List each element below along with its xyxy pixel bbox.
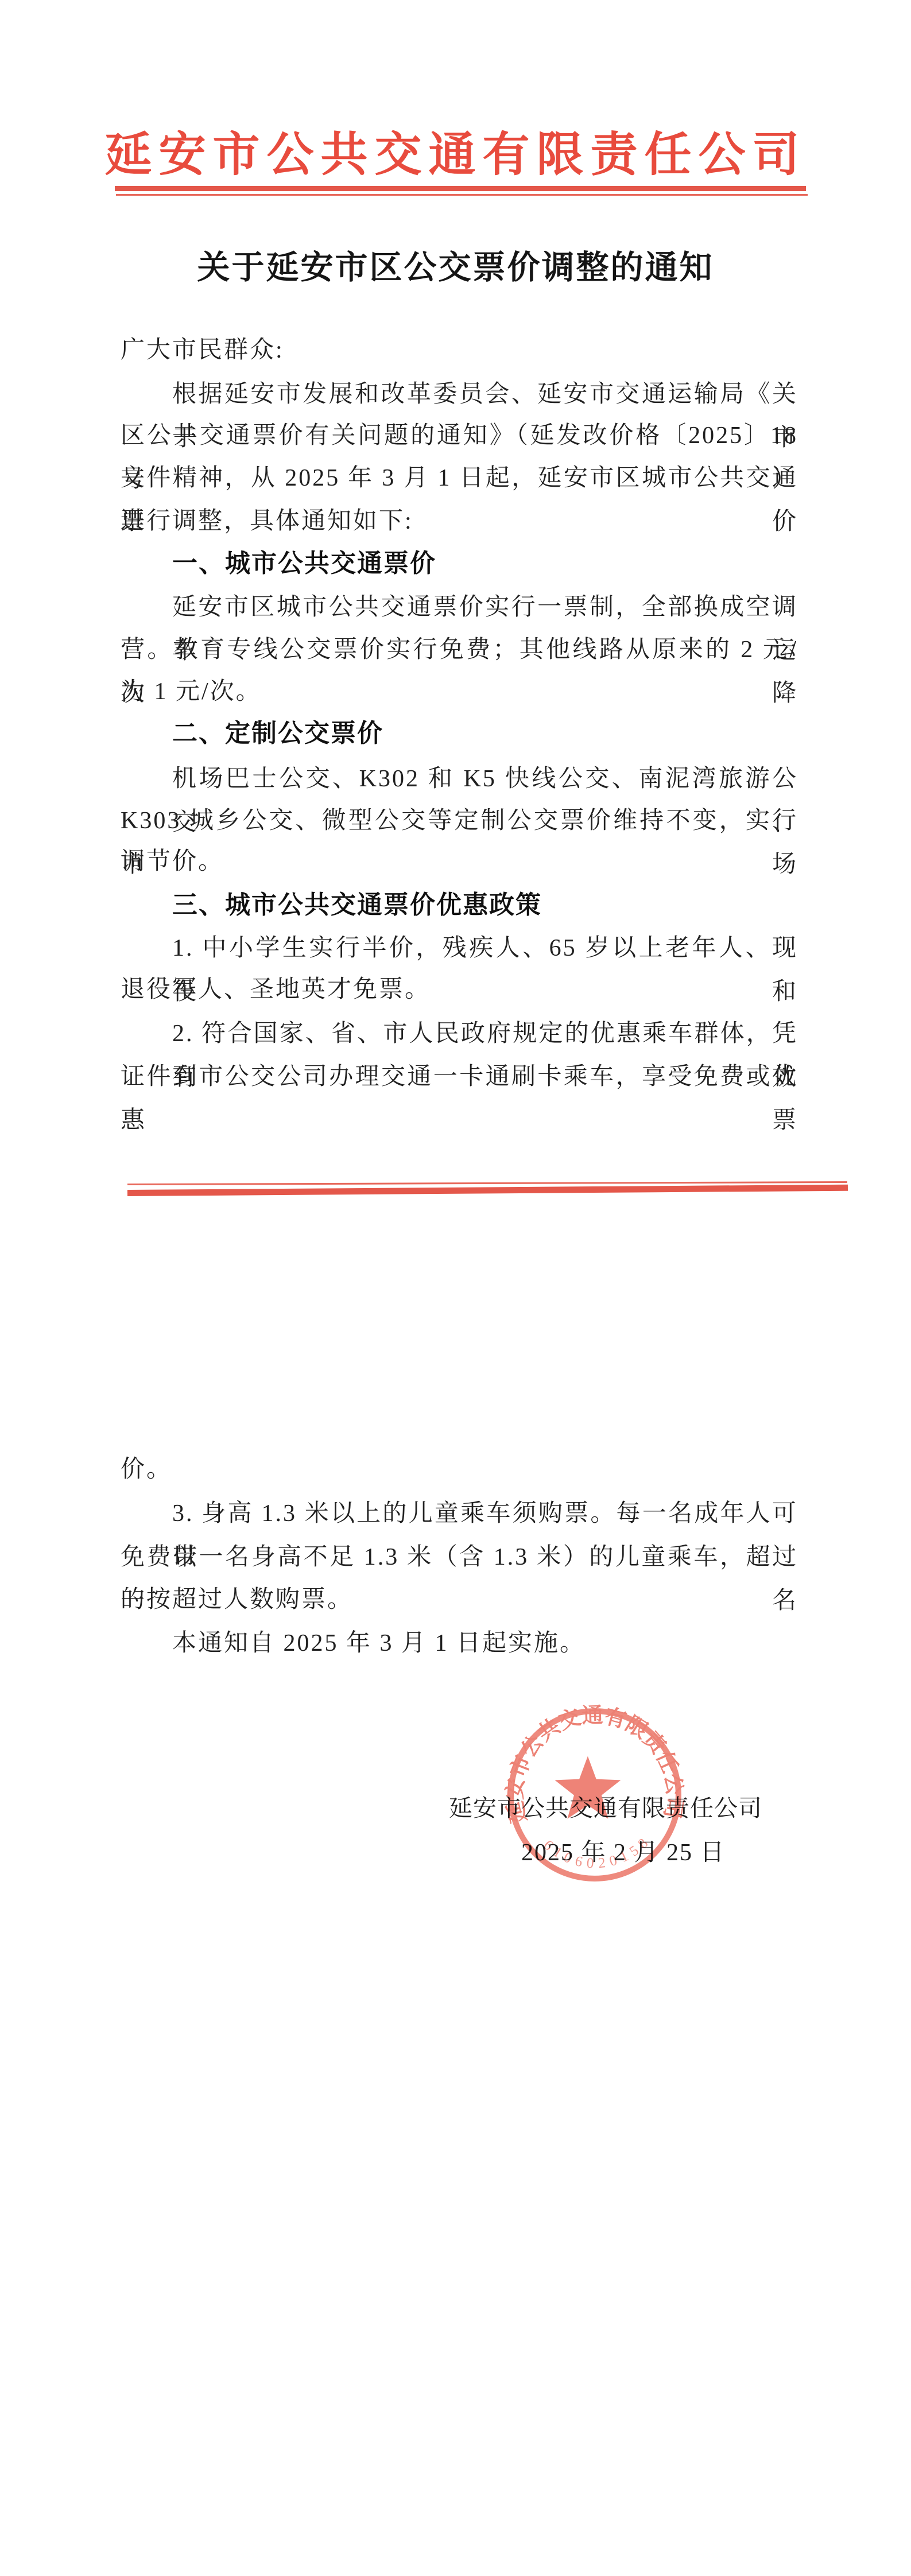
stamp-star-icon	[555, 1756, 621, 1819]
letterhead-rule-thin	[116, 194, 808, 196]
body-line: 证件到市公交公司办理交通一卡通刷卡乘车，享受免费或优惠票	[121, 1055, 798, 1099]
body-line: 2. 符合国家、省、市人民政府规定的优惠乘车群体，凭有效	[121, 1012, 798, 1056]
body-line: 营。教育专线公交票价实行免费；其他线路从原来的 2 元/次降	[121, 628, 798, 672]
company-seal-stamp: 延安市公共交通有限责任公司 6106020158	[502, 1702, 687, 1887]
letterhead-rule-thick	[115, 186, 806, 191]
salutation-line: 广大市民群众:	[121, 328, 798, 372]
body-line: 本通知自 2025 年 3 月 1 日起实施。	[121, 1621, 798, 1665]
body-line: 机场巴士公交、K302 和 K5 快线公交、南泥湾旅游公交、	[121, 757, 798, 801]
body-line: 调节价。	[121, 840, 798, 883]
body-line: 延安市区城市公共交通票价实行一票制，全部换成空调车运	[121, 585, 798, 629]
body-line: 根据延安市发展和改革委员会、延安市交通运输局《关于市	[121, 373, 798, 416]
section-heading-3: 三、城市公共交通票价优惠政策	[121, 883, 798, 927]
section-heading-1: 一、城市公共交通票价	[121, 542, 798, 585]
body-line: 1. 中小学生实行半价，残疾人、65 岁以上老年人、现役和	[121, 926, 798, 970]
body-line: 进行调整，具体通知如下:	[121, 499, 798, 543]
letterhead-company-name: 延安市公共交通有限责任公司	[0, 117, 911, 184]
section-heading-2: 二、定制公交票价	[121, 712, 798, 755]
body-line: 文件精神，从 2025 年 3 月 1 日起，延安市区城市公共交通票价	[121, 456, 798, 500]
body-line: 为 1 元/次。	[121, 670, 798, 713]
body-line: 区公共交通票价有关问题的通知》（延发改价格〔2025〕18 号）	[121, 414, 798, 457]
page-break-rule-thin	[127, 1181, 847, 1185]
scanned-notice-document: 延安市公共交通有限责任公司 关于延安市区公交票价调整的通知 广大市民群众: 根据…	[0, 0, 911, 2576]
body-line: 退役军人、圣地英才免票。	[121, 968, 798, 1011]
document-title: 关于延安市区公交票价调整的通知	[0, 241, 911, 288]
body-line: 免费带一名身高不足 1.3 米（含 1.3 米）的儿童乘车，超过一名	[121, 1535, 798, 1579]
page-break-rule-thick	[127, 1185, 848, 1196]
body-line: 的按超过人数购票。	[121, 1578, 798, 1621]
body-line: 价。	[121, 1448, 798, 1491]
body-line: 3. 身高 1.3 米以上的儿童乘车须购票。每一名成年人可以	[121, 1492, 798, 1535]
body-line: K303 城乡公交、微型公交等定制公交票价维持不变，实行市场	[121, 799, 798, 843]
